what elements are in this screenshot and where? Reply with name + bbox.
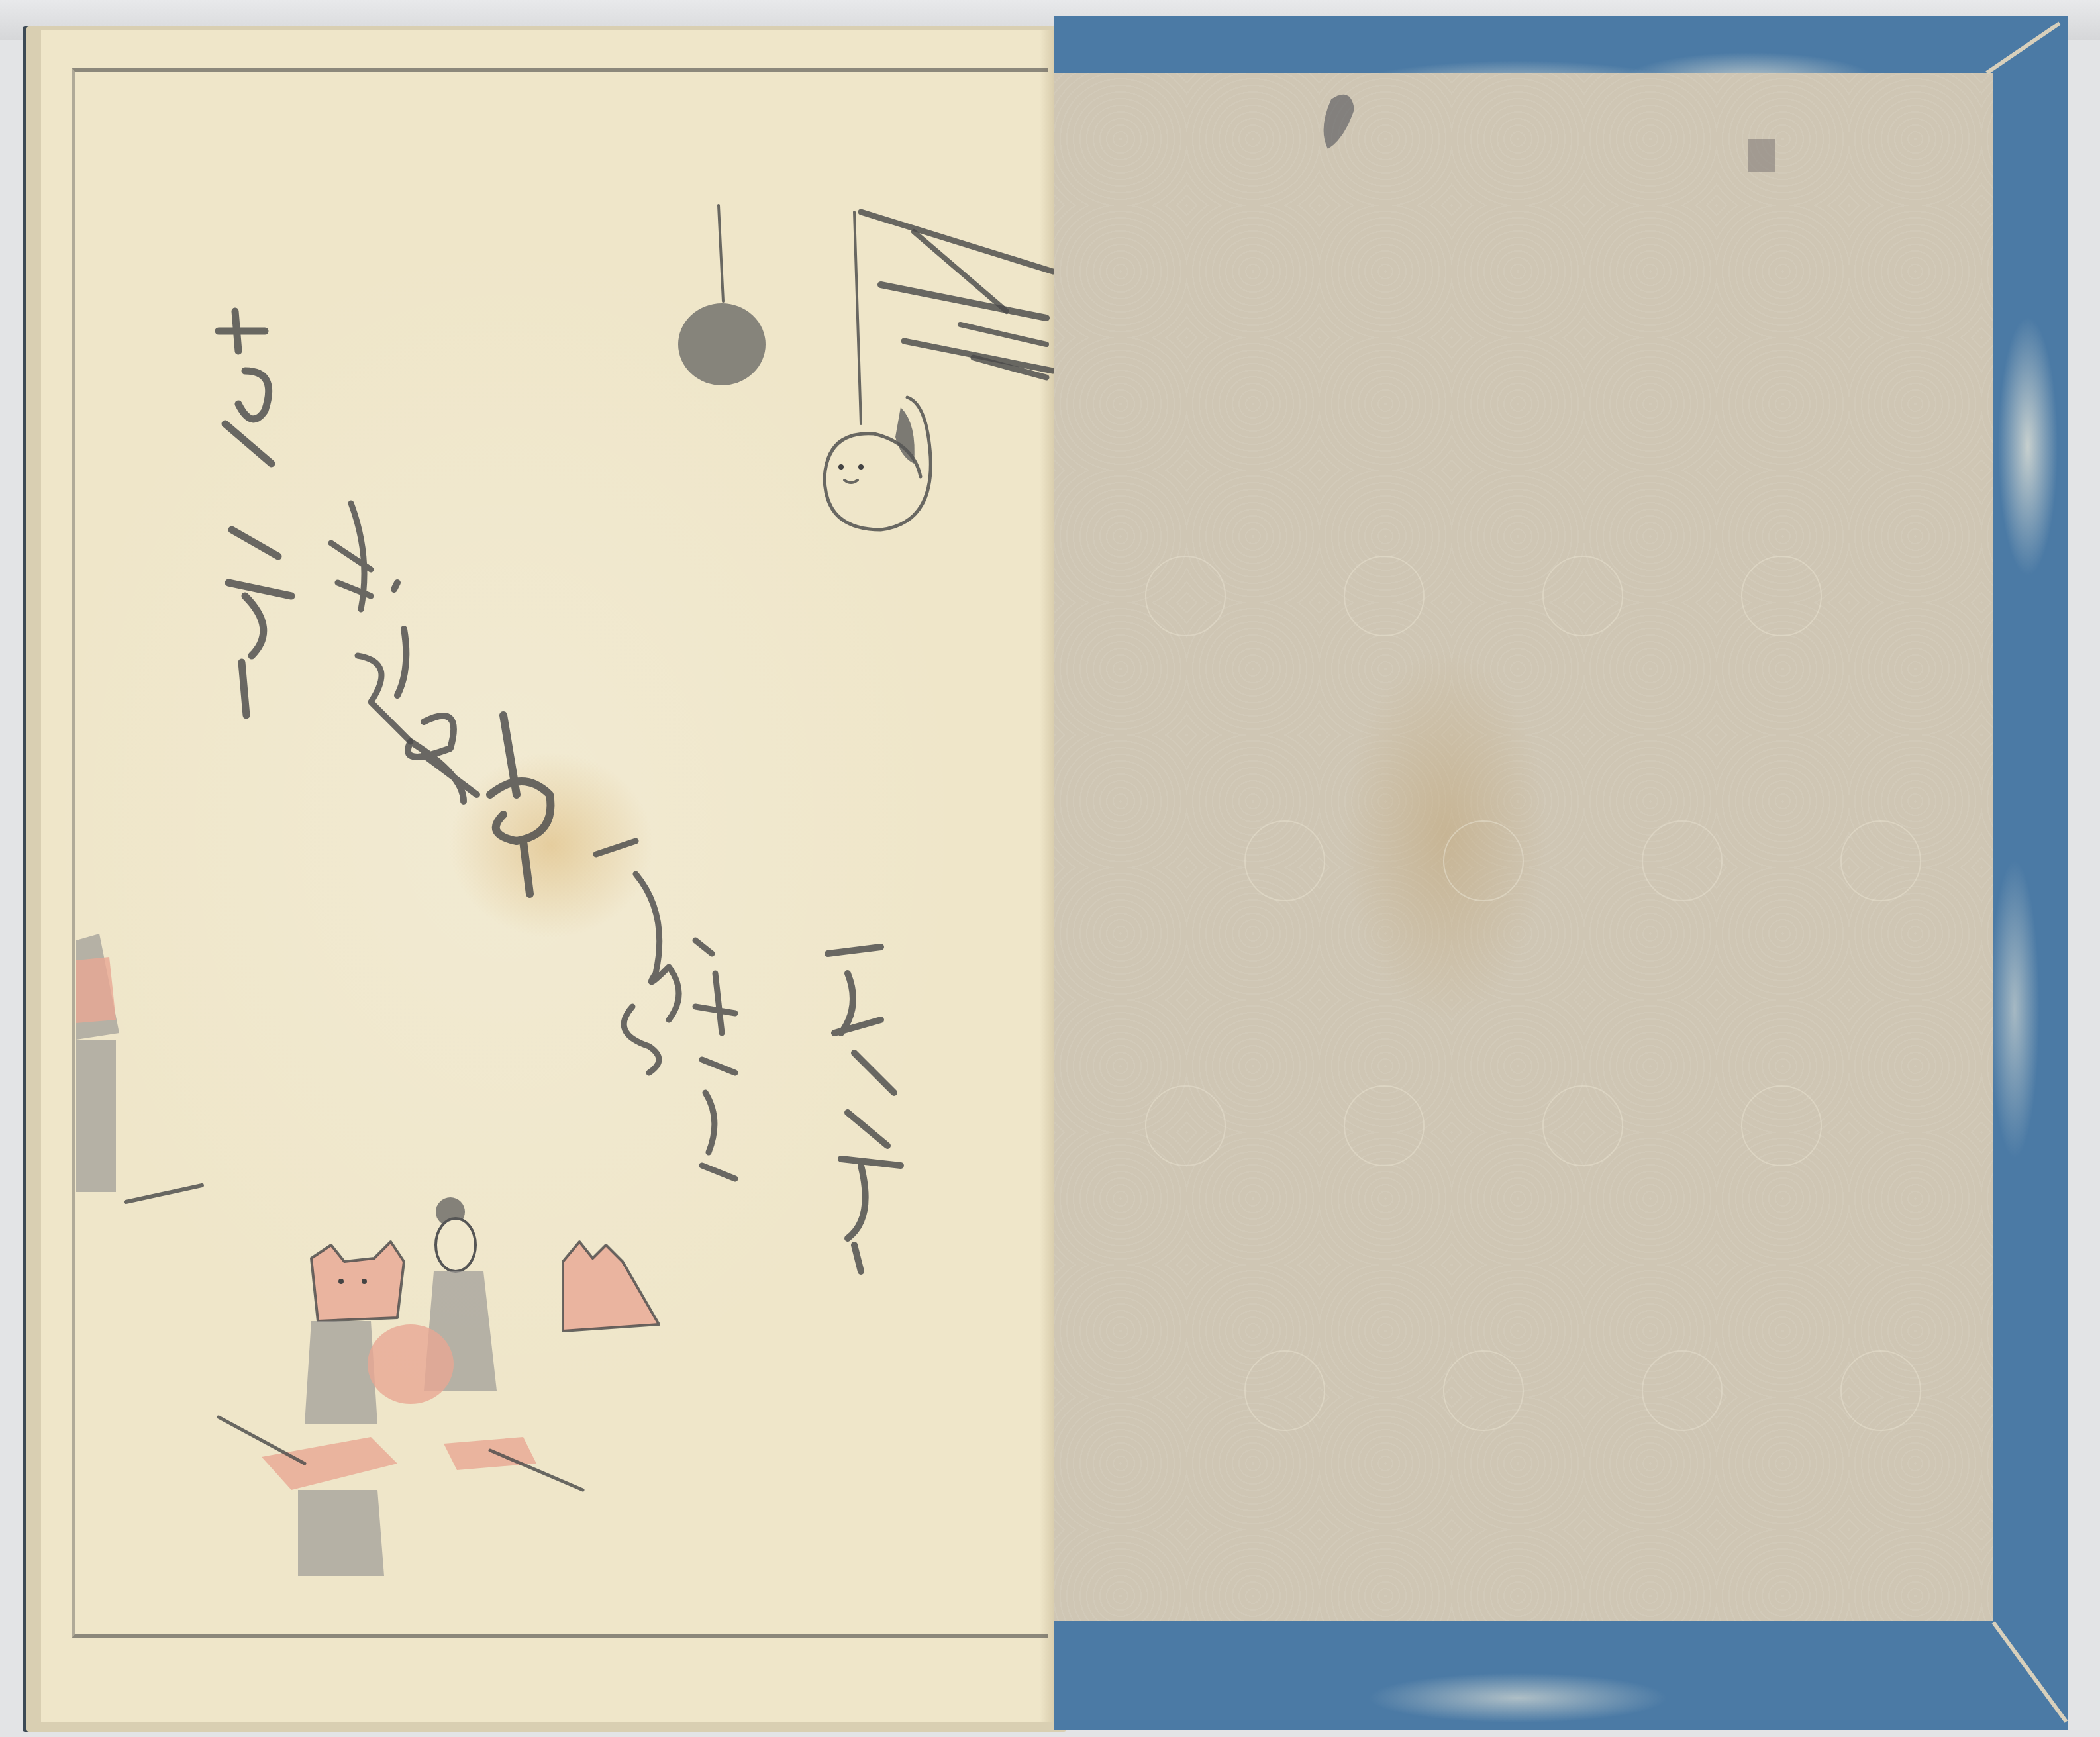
ink-mark-icon (1748, 139, 1775, 172)
child-with-cat-mask-icon (219, 1242, 583, 1576)
cover-details (1053, 0, 2100, 1737)
woman-figure-icon (424, 1197, 536, 1470)
hanging-mask-ornament-icon (825, 212, 930, 530)
fold-line-bottom (1993, 1622, 2066, 1722)
left-page-artwork (0, 0, 1060, 1737)
ink-mark-icon (1324, 95, 1354, 149)
fold-line-top (1987, 23, 2060, 73)
chrysanthemum-pattern (1146, 556, 1921, 1430)
cat-mask-icon (563, 1242, 659, 1331)
banner-pole-icon (76, 934, 202, 1202)
calligraphy-columns (219, 311, 901, 1271)
hanging-round-ornament-icon (678, 205, 766, 385)
reed-leaves-icon (861, 212, 1053, 377)
